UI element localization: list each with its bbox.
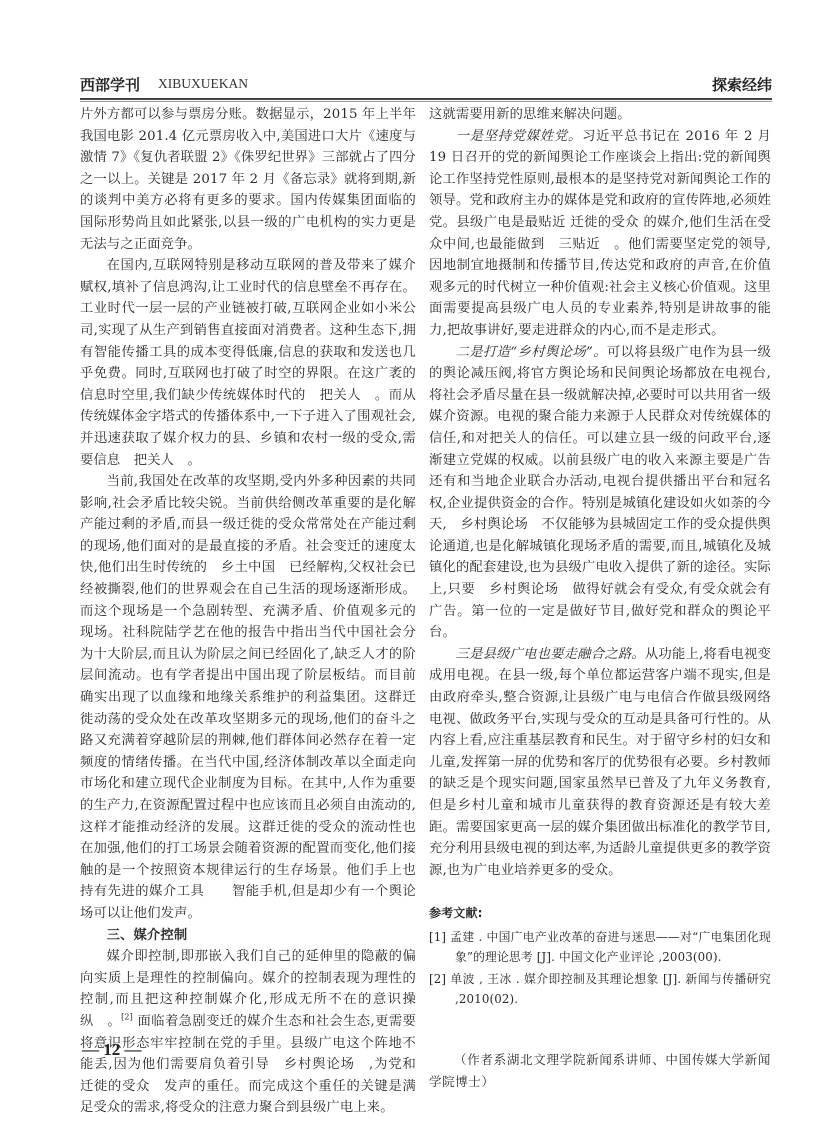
left-column: 片外方都可以参与票房分账。数据显示，2015 年上半年我国电影 201.4 亿元…: [80, 104, 416, 1119]
journal-name-en: XIBUXUEKAN: [158, 76, 248, 92]
paragraph: 一是坚持党媒姓党。习近平总书记在 2016 年 2 月 19 日召开的党的新闻舆…: [429, 126, 771, 342]
paragraph-text: 可以将县级广电作为县一级的舆论减压阀,将官方舆论场和民间舆论场都放在电视台,将社…: [429, 345, 771, 641]
author-note: （作者系湖北文理学院新闻系讲师、中国传媒大学新闻学院博士）: [429, 1049, 771, 1093]
paragraph: 二是打造“乡村舆论场”。可以将县级广电作为县一级的舆论减压阀,将官方舆论场和民间…: [429, 342, 771, 644]
running-header: 西部学刊 XIBUXUEKAN 探索经纬: [80, 74, 772, 98]
paragraph-text: 从功能上,将看电视变成用电视。在县一级,每个单位都运营客户端不现实,但是由政府牵…: [429, 647, 771, 878]
page-number: — 12 —: [82, 1040, 142, 1060]
reference-item: [1] 孟建 . 中国广电产业改革的奋进与迷思——对“广电集团化现象”的理论思考…: [429, 927, 771, 967]
paragraph: 在国内,互联网特别是移动互联网的普及带来了媒介赋权,填补了信息鸿沟,让工业时代的…: [80, 255, 416, 471]
citation-marker[interactable]: [2]: [121, 1013, 133, 1022]
right-column: 这就需要用新的思维来解决问题。 一是坚持党媒姓党。习近平总书记在 2016 年 …: [429, 104, 771, 1093]
paragraph: 媒介即控制,即那嵌入我们自己的延伸里的隐蔽的偏向实质上是理性的控制偏向。媒介的控…: [80, 946, 416, 1119]
paragraph-text: 面临着急剧变迁的媒介生态和社会生态,更需要将意识形态牢牢控制在党的手里。县级广电…: [80, 1014, 429, 1115]
section-heading: 三、媒介控制: [80, 925, 416, 947]
paragraph-lead: 一是坚持党媒姓党。: [456, 129, 583, 144]
paragraph-lead: 二是打造“乡村舆论场”。: [456, 345, 607, 360]
paragraph: 三是县级广电也要走融合之路。从功能上,将看电视变成用电视。在县一级,每个单位都运…: [429, 644, 771, 882]
journal-name-cn: 西部学刊: [80, 74, 140, 95]
paragraph-lead: 三是县级广电也要走融合之路。: [456, 647, 645, 662]
paragraph: 片外方都可以参与票房分账。数据显示，2015 年上半年我国电影 201.4 亿元…: [80, 104, 416, 255]
header-rule: [80, 98, 772, 102]
paragraph: 当前,我国处在改革的攻坚期,受内外多种因素的共同影响,社会矛盾比较尖锐。当前供给…: [80, 471, 416, 924]
paragraph-text: 习近平总书记在 2016 年 2 月 19 日召开的党的新闻舆论工作座谈会上指出…: [429, 129, 771, 338]
reference-item: [2] 单波 , 王冰 . 媒介即控制及其理论想象 [J]. 新闻与传播研究 ,…: [429, 969, 771, 1009]
section-name: 探索经纬: [712, 74, 772, 95]
paragraph: 这就需要用新的思维来解决问题。: [429, 104, 771, 126]
references-heading: 参考文献:: [429, 903, 771, 925]
